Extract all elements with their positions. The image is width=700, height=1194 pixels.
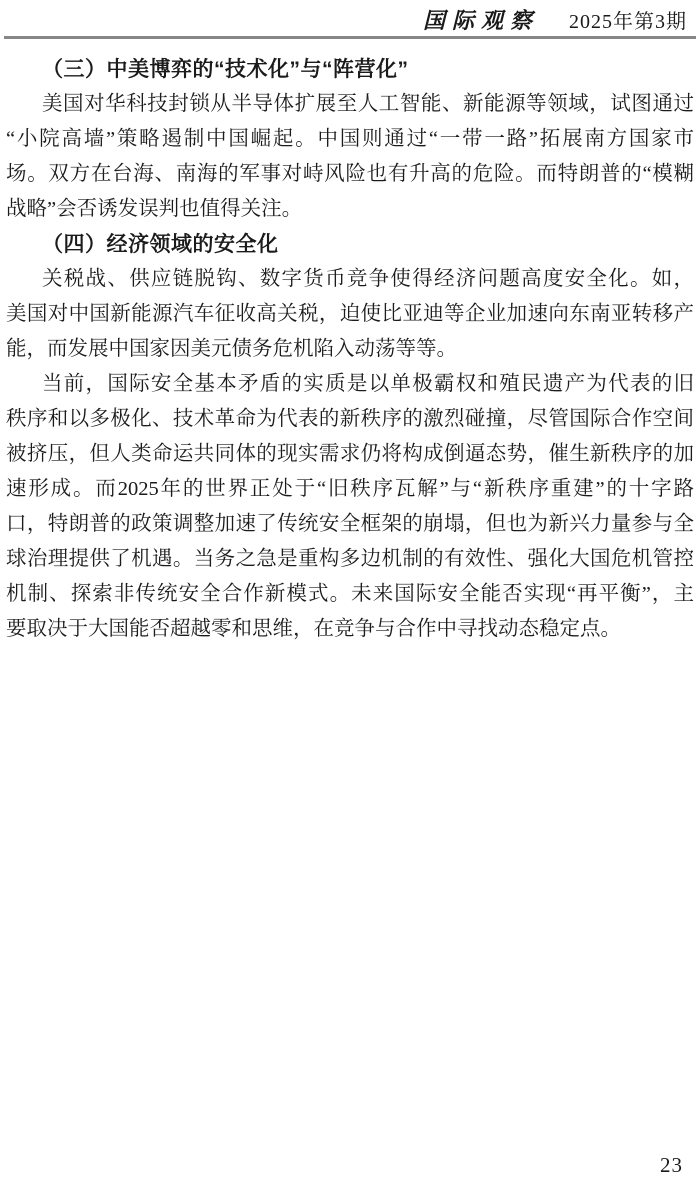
section-heading-4: （四）经济领域的安全化 bbox=[6, 227, 694, 262]
body-text-line: 被挤压，但人类命运共同体的现实需求仍将构成倒逼态势，催生新秩序的加 bbox=[6, 437, 694, 472]
body-text-line: 美国对华科技封锁从半导体扩展至人工智能、新能源等领域，试图通过 bbox=[6, 87, 694, 122]
header-rule bbox=[4, 36, 696, 39]
journal-title: 国际观察 bbox=[423, 7, 539, 35]
issue-label: 2025年第3期 bbox=[569, 8, 687, 36]
body-text-line: 能，而发展中国家因美元债务危机陷入动荡等等。 bbox=[6, 332, 694, 367]
article-body: （三）中美博弈的“技术化”与“阵营化” 美国对华科技封锁从半导体扩展至人工智能、… bbox=[6, 52, 694, 647]
page-number: 23 bbox=[660, 1153, 683, 1178]
body-text-line: 速形成。而2025年的世界正处于“旧秩序瓦解”与“新秩序重建”的十字路 bbox=[6, 472, 694, 507]
body-text-line: 要取决于大国能否超越零和思维，在竞争与合作中寻找动态稳定点。 bbox=[6, 612, 694, 647]
body-text-line: 战略”会否诱发误判也值得关注。 bbox=[6, 192, 694, 227]
body-text-line: 机制、探索非传统安全合作新模式。未来国际安全能否实现“再平衡”，主 bbox=[6, 577, 694, 612]
body-text-line: 球治理提供了机遇。当务之急是重构多边机制的有效性、强化大国危机管控 bbox=[6, 542, 694, 577]
body-text-line: 美国对中国新能源汽车征收高关税，迫使比亚迪等企业加速向东南亚转移产 bbox=[6, 297, 694, 332]
body-text-line: 当前，国际安全基本矛盾的实质是以单极霸权和殖民遗产为代表的旧 bbox=[6, 367, 694, 402]
body-text-line: “小院高墙”策略遏制中国崛起。中国则通过“一带一路”拓展南方国家市 bbox=[6, 122, 694, 157]
body-text-line: 口，特朗普的政策调整加速了传统安全框架的崩塌，但也为新兴力量参与全 bbox=[6, 507, 694, 542]
body-text-line: 关税战、供应链脱钩、数字货币竞争使得经济问题高度安全化。如， bbox=[6, 262, 694, 297]
running-header: 国际观察 2025年第3期 bbox=[0, 7, 687, 36]
journal-page: 国际观察 2025年第3期 （三）中美博弈的“技术化”与“阵营化” 美国对华科技… bbox=[0, 0, 700, 1194]
body-text-line: 场。双方在台海、南海的军事对峙风险也有升高的危险。而特朗普的“模糊 bbox=[6, 157, 694, 192]
body-text-line: 秩序和以多极化、技术革命为代表的新秩序的激烈碰撞，尽管国际合作空间 bbox=[6, 402, 694, 437]
section-heading-3: （三）中美博弈的“技术化”与“阵营化” bbox=[6, 52, 694, 87]
